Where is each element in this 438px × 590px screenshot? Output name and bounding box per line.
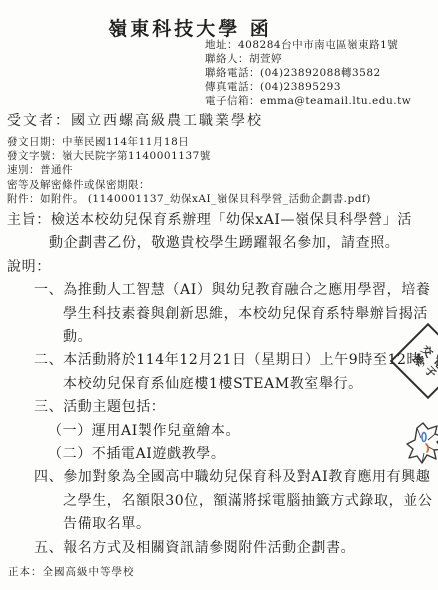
explanation-item-2: 本校幼兒保育系仙庭樓1樓STEAM教室舉行。 — [0, 373, 438, 396]
meta-security: 密等及解密條件或保密期限： — [7, 178, 438, 192]
subject-text: 檢送本校幼兒保育系辦理「幼保xAI—嶺保貝科學營」活 — [51, 212, 412, 228]
explanation-item-3-sub-1: （一）運用AI製作兒童繪本。 — [0, 420, 438, 443]
document-title: 嶺東科技大學 函 — [0, 14, 380, 41]
meta-speed: 速別：普通件 — [7, 163, 438, 177]
explanation-item-1: 一、為推動人工智慧（AI）與幼兒教育融合之應用學習，培養 — [0, 279, 438, 302]
explanation-item-4: 四、參加對象為全國高中職幼兒保育科及對AI教育應用有興趣 — [0, 466, 438, 489]
original-copy-line: 正本：全國高級中等學校 — [8, 564, 135, 579]
meta-date: 發文日期：中華民國114年11月18日 — [7, 135, 438, 149]
subject-line: 動企劃書乙份，敬邀貴校學生踴躍報名參加，請查照。 — [0, 232, 438, 255]
item-label: 四、 — [34, 469, 63, 485]
meta-block: 發文日期：中華民國114年11月18日 發文字號：嶺大民院字第114000113… — [7, 135, 438, 206]
subject-label: 主旨： — [7, 212, 51, 228]
explanation-item-1: 動。 — [0, 326, 438, 349]
meta-doc-number: 發文字號：嶺大民院字第1140001137號 — [7, 149, 438, 163]
item-text: 為推動人工智慧（AI）與幼兒教育融合之應用學習，培養 — [63, 282, 430, 298]
doodle-stamp-icon — [404, 420, 438, 472]
explanation-item-4: 之學生，名額限30位，額滿將採電腦抽籤方式錄取，並公 — [0, 490, 438, 513]
item-label: 一、 — [34, 282, 63, 298]
explanation-item-1: 學生科技素養與創新思維，本校幼兒保育系特舉辦旨揭活 — [0, 303, 438, 326]
contact-email: 電子信箱：emma@teamail.ltu.edu.tw — [205, 94, 411, 108]
explanation-item-5: 五、報名方式及相關資訊請參閱附件活動企劃書。 — [0, 537, 438, 560]
explanation-item-3-sub-2: （二）不插電AI遊戲教學。 — [0, 443, 438, 466]
item-label: 二、 — [34, 352, 63, 368]
recipient-line: 受文者：國立西螺高級農工職業學校 — [7, 110, 263, 130]
contact-address: 地址：408284台中市南屯區嶺東路1號 — [205, 38, 411, 52]
explanation-item-3: 三、活動主題包括： — [0, 396, 438, 419]
item-text: 本活動將於114年12月21日（星期日）上午9時至12時，假 — [63, 352, 438, 368]
item-text: 活動主題包括： — [63, 399, 165, 415]
explanation-label: 說明： — [0, 256, 438, 279]
contact-phone: 聯絡電話：(04)23892088轉3582 — [205, 66, 411, 80]
item-label: 五、 — [34, 540, 63, 556]
electronic-exchange-stamp-text: 電子 交換 — [408, 341, 438, 381]
item-text: 報名方式及相關資訊請參閱附件活動企劃書。 — [63, 540, 355, 556]
sender-contact-block: 地址：408284台中市南屯區嶺東路1號 聯絡人：胡萱婷 聯絡電話：(04)23… — [205, 38, 411, 108]
explanation-item-2: 二、本活動將於114年12月21日（星期日）上午9時至12時，假 — [0, 349, 438, 372]
item-text: 參加對象為全國高中職幼兒保育科及對AI教育應用有興趣 — [63, 469, 430, 485]
explanation-item-4: 告備取名單。 — [0, 513, 438, 536]
subject-line: 主旨：檢送本校幼兒保育系辦理「幼保xAI—嶺保貝科學營」活 — [0, 209, 438, 232]
official-letter-page: 嶺東科技大學 函 地址：408284台中市南屯區嶺東路1號 聯絡人：胡萱婷 聯絡… — [0, 0, 438, 590]
contact-person: 聯絡人：胡萱婷 — [205, 52, 411, 66]
contact-fax: 傳真電話：(04)23895293 — [205, 80, 411, 94]
meta-attachment: 附件：如附件。 (1140001137_幼保xAI_嶺保貝科學營_活動企劃書.p… — [7, 192, 438, 206]
item-label: 三、 — [34, 399, 63, 415]
letter-body: 主旨：檢送本校幼兒保育系辦理「幼保xAI—嶺保貝科學營」活 動企劃書乙份，敬邀貴… — [0, 209, 438, 560]
